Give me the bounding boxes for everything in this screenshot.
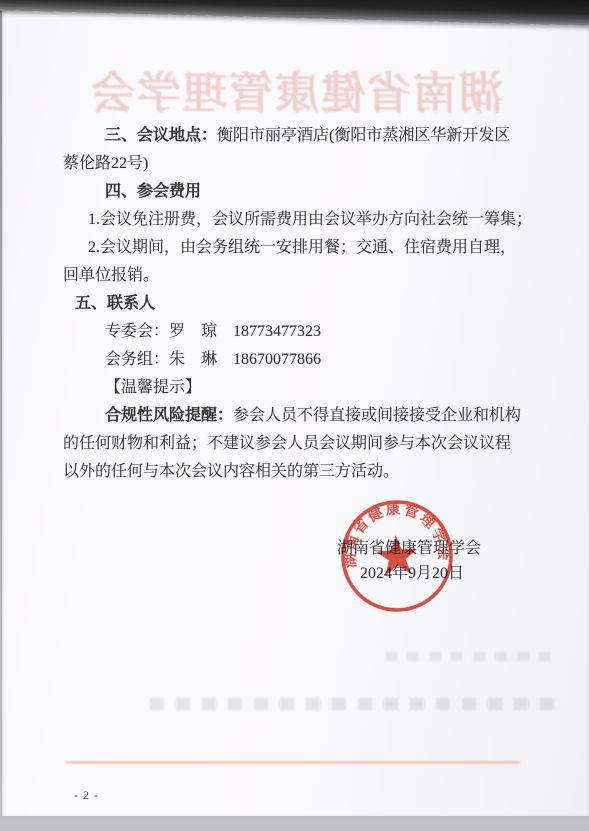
bleed-through-smudge xyxy=(150,698,560,710)
body-text: 回单位报销。 xyxy=(63,267,159,284)
bleed-through-rule-line xyxy=(66,761,520,764)
contact-line: 专委会：罗 琼 18773477323 xyxy=(63,318,533,346)
compliance-line: 合规性风险提醒：参会人员不得直接或间接接受企业和机构 xyxy=(63,402,533,430)
body-text: 参会人员不得直接或间接接受企业和机构 xyxy=(233,407,521,424)
body-text: 会务组：朱 琳 18670077866 xyxy=(105,351,321,368)
section-heading: 合规性风险提醒： xyxy=(105,407,233,424)
official-seal-stamp: 湖南省健康管理学会 xyxy=(327,486,468,627)
section-3-location-line: 蔡伦路22号) xyxy=(63,150,533,178)
section-heading: 五、联系人 xyxy=(75,295,155,312)
section-heading: 四、参会费用 xyxy=(105,183,201,200)
body-text: 蔡伦路22号) xyxy=(63,155,148,172)
bleed-through-letterhead: 湖南省健康管理学会 xyxy=(84,68,508,120)
body-text: 的任何财物和利益；不建议参会人员会议期间参与本次会议议程 xyxy=(63,435,511,452)
body-text: 【温馨提示】 xyxy=(105,379,201,396)
compliance-line: 的任何财物和利益；不建议参会人员会议期间参与本次会议议程 xyxy=(63,430,533,458)
compliance-line: 以外的任何与本次会议内容相关的第三方活动。 xyxy=(63,458,533,486)
body-text: 专委会：罗 琼 18773477323 xyxy=(105,323,321,340)
tip-heading-line: 【温馨提示】 xyxy=(63,374,533,402)
page-number: - 2 - xyxy=(74,788,99,803)
section-5-heading-line: 五、联系人 xyxy=(63,290,533,318)
seal-star-icon xyxy=(375,534,419,577)
bleed-through-smudge xyxy=(385,652,557,661)
body-text: 衡阳市丽亭酒店(衡阳市蒸湘区华新开发区 xyxy=(217,127,510,144)
fee-item-line: 1.会议免注册费，会议所需费用由会议举办方向社会统一筹集； xyxy=(63,206,533,234)
body-text: 2.会议期间，由会务组统一安排用餐；交通、住宿费用自理， xyxy=(88,239,516,256)
scanned-page: 湖南省健康管理学会 三、会议地点：衡阳市丽亭酒店(衡阳市蒸湘区华新开发区 蔡伦路… xyxy=(0,0,589,831)
body-text: 1.会议免注册费，会议所需费用由会议举办方向社会统一筹集； xyxy=(88,211,532,228)
section-3-location-line: 三、会议地点：衡阳市丽亭酒店(衡阳市蒸湘区华新开发区 xyxy=(63,122,533,150)
section-heading: 三、会议地点： xyxy=(105,127,217,144)
document-body: 三、会议地点：衡阳市丽亭酒店(衡阳市蒸湘区华新开发区 蔡伦路22号) 四、参会费… xyxy=(63,122,533,486)
fee-item-line: 回单位报销。 xyxy=(63,262,533,290)
section-4-heading-line: 四、参会费用 xyxy=(63,178,533,206)
body-text: 以外的任何与本次会议内容相关的第三方活动。 xyxy=(63,463,399,480)
fee-item-line: 2.会议期间，由会务组统一安排用餐；交通、住宿费用自理， xyxy=(63,234,533,262)
contact-line: 会务组：朱 琳 18670077866 xyxy=(63,346,533,374)
